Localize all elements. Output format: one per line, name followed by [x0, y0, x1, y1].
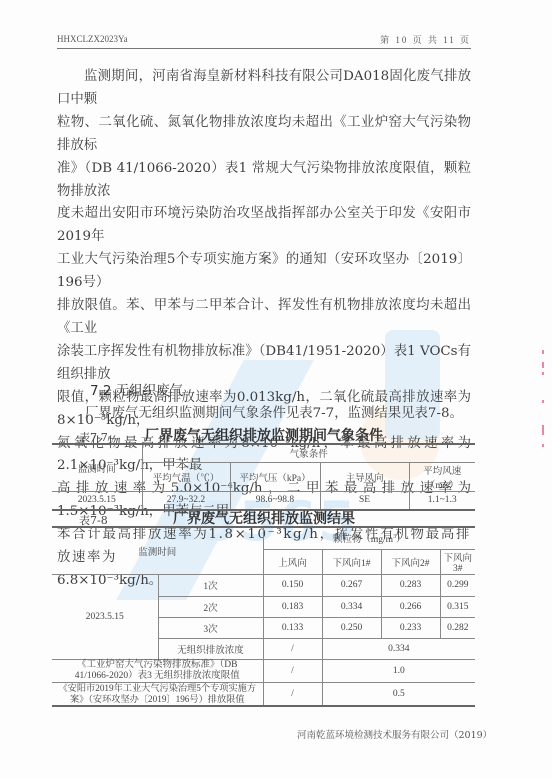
- para-line: 工业大气污染治理5个专项实施方案》的通知（安环攻坚办〔2019〕196号）: [57, 249, 471, 295]
- table77-title: 厂界废气无组织排放监测期间气象条件: [57, 425, 471, 445]
- header-avg-wind-speed: 平均风速（m/s）: [409, 462, 475, 491]
- limit-label-line: 《安阳市2019年工业大气污染治理5个专项实施方: [52, 683, 263, 694]
- header-particulate-group: 颗粒物（mg/m3）: [263, 527, 475, 549]
- seam-stamp-marks: [542, 340, 545, 450]
- cell-value: 0.299: [440, 574, 475, 596]
- para-line: 准》（DB 41/1066-2020）表1 常规大气污染物排放浓度限值，颗粒物排…: [57, 158, 471, 204]
- para-line: 度未超出安阳市环境污染防治攻坚战指挥部办公室关于印发《安阳市2019年: [57, 203, 471, 249]
- para-line: 排放限值。苯、甲苯与二甲苯合计、挥发性有机物排放浓度均未超出《工业: [57, 295, 471, 341]
- table78-monitoring-results: 监测时间 颗粒物（mg/m3） 上风向 下风向1# 下风向2# 下风向3# 20…: [52, 526, 475, 707]
- cell-value: 0.250: [322, 617, 381, 638]
- table78-caption: 表7-8 厂界废气无组织排放监测结果: [57, 507, 471, 527]
- page-header: HHXCLZX2023Ya 第 10 页 共 11 页: [57, 30, 471, 49]
- cell-value: 0.150: [263, 574, 322, 596]
- cell-limit-label: 《工业炉窑大气污染物排放标准》（DB 41/1066-2020）表3 无组织排放…: [52, 659, 263, 682]
- header-downwind-2: 下风向2#: [381, 549, 440, 574]
- header-downwind-1: 下风向1#: [322, 549, 381, 574]
- cell-value: 0.282: [440, 617, 475, 638]
- cell-summary-label: 无组织排放浓度: [158, 638, 263, 659]
- page-footer-company: 河南乾蓝环境检测技术服务有限公司（2019）: [297, 727, 492, 741]
- header-upwind: 上风向: [263, 549, 322, 574]
- header-monitor-time: 监测时间: [52, 444, 142, 491]
- cell-limit-value: 0.5: [322, 682, 475, 706]
- header-weather-group: 气象条件: [142, 444, 475, 462]
- header-monitor-time: 监测时间: [52, 527, 263, 574]
- para-line: 监测期间，河南省海皇新材料科技有限公司DA018固化废气排放口中颗: [57, 66, 471, 112]
- cell-round-label: 3次: [158, 617, 263, 638]
- header-downwind-3: 下风向3#: [440, 549, 475, 574]
- cell-value: 0.266: [381, 596, 440, 617]
- table77-weather-conditions: 监测时间 气象条件 平均气温（℃） 平均气压（kPa） 主导风向 平均风速（m/…: [52, 443, 475, 511]
- header-avg-temp: 平均气温（℃）: [142, 462, 230, 491]
- header-avg-pressure: 平均气压（kPa）: [230, 462, 320, 491]
- cell-summary-value: 0.334: [322, 638, 475, 659]
- section-intro: 厂界废气无组织监测期间气象条件见表7-7，监测结果见表7-8。: [85, 402, 463, 421]
- cell-value: 0.233: [381, 617, 440, 638]
- cell-value: 0.283: [381, 574, 440, 596]
- cell-round-label: 2次: [158, 596, 263, 617]
- cell-value: 0.183: [263, 596, 322, 617]
- cell-date: 2023.5.15: [52, 574, 158, 659]
- limit-label-line: 《工业炉窑大气污染物排放标准》（DB: [52, 660, 263, 671]
- cell-limit-upwind: /: [263, 682, 322, 706]
- cell-limit-value: 1.0: [322, 659, 475, 682]
- cell-round-label: 1次: [158, 574, 263, 596]
- cell-value: 0.133: [263, 617, 322, 638]
- cell-value: 0.267: [322, 574, 381, 596]
- cell-value: 0.334: [322, 596, 381, 617]
- table78-title: 厂界废气无组织排放监测结果: [57, 508, 471, 528]
- limit-label-line: 41/1066-2020）表3 无组织排放浓度限值: [52, 671, 263, 682]
- cell-limit-upwind: /: [263, 659, 322, 682]
- page-number: 第 10 页 共 11 页: [380, 33, 471, 46]
- document-id: HHXCLZX2023Ya: [57, 34, 128, 44]
- table77-caption: 表7-7 厂界废气无组织排放监测期间气象条件: [57, 424, 471, 444]
- cell-summary-upwind: /: [263, 638, 322, 659]
- limit-label-line: 案》（安环攻坚办〔2019〕196号）排放限值: [52, 694, 263, 705]
- header-wind-direction: 主导风向: [320, 462, 409, 491]
- section-heading: 7.2 无组织废气: [90, 379, 183, 399]
- cell-value: 0.315: [440, 596, 475, 617]
- cell-limit-label: 《安阳市2019年工业大气污染治理5个专项实施方 案》（安环攻坚办〔2019〕1…: [52, 682, 263, 706]
- para-line: 粒物、二氧化硫、氮氧化物排放浓度均未超出《工业炉窑大气污染物排放标: [57, 112, 471, 158]
